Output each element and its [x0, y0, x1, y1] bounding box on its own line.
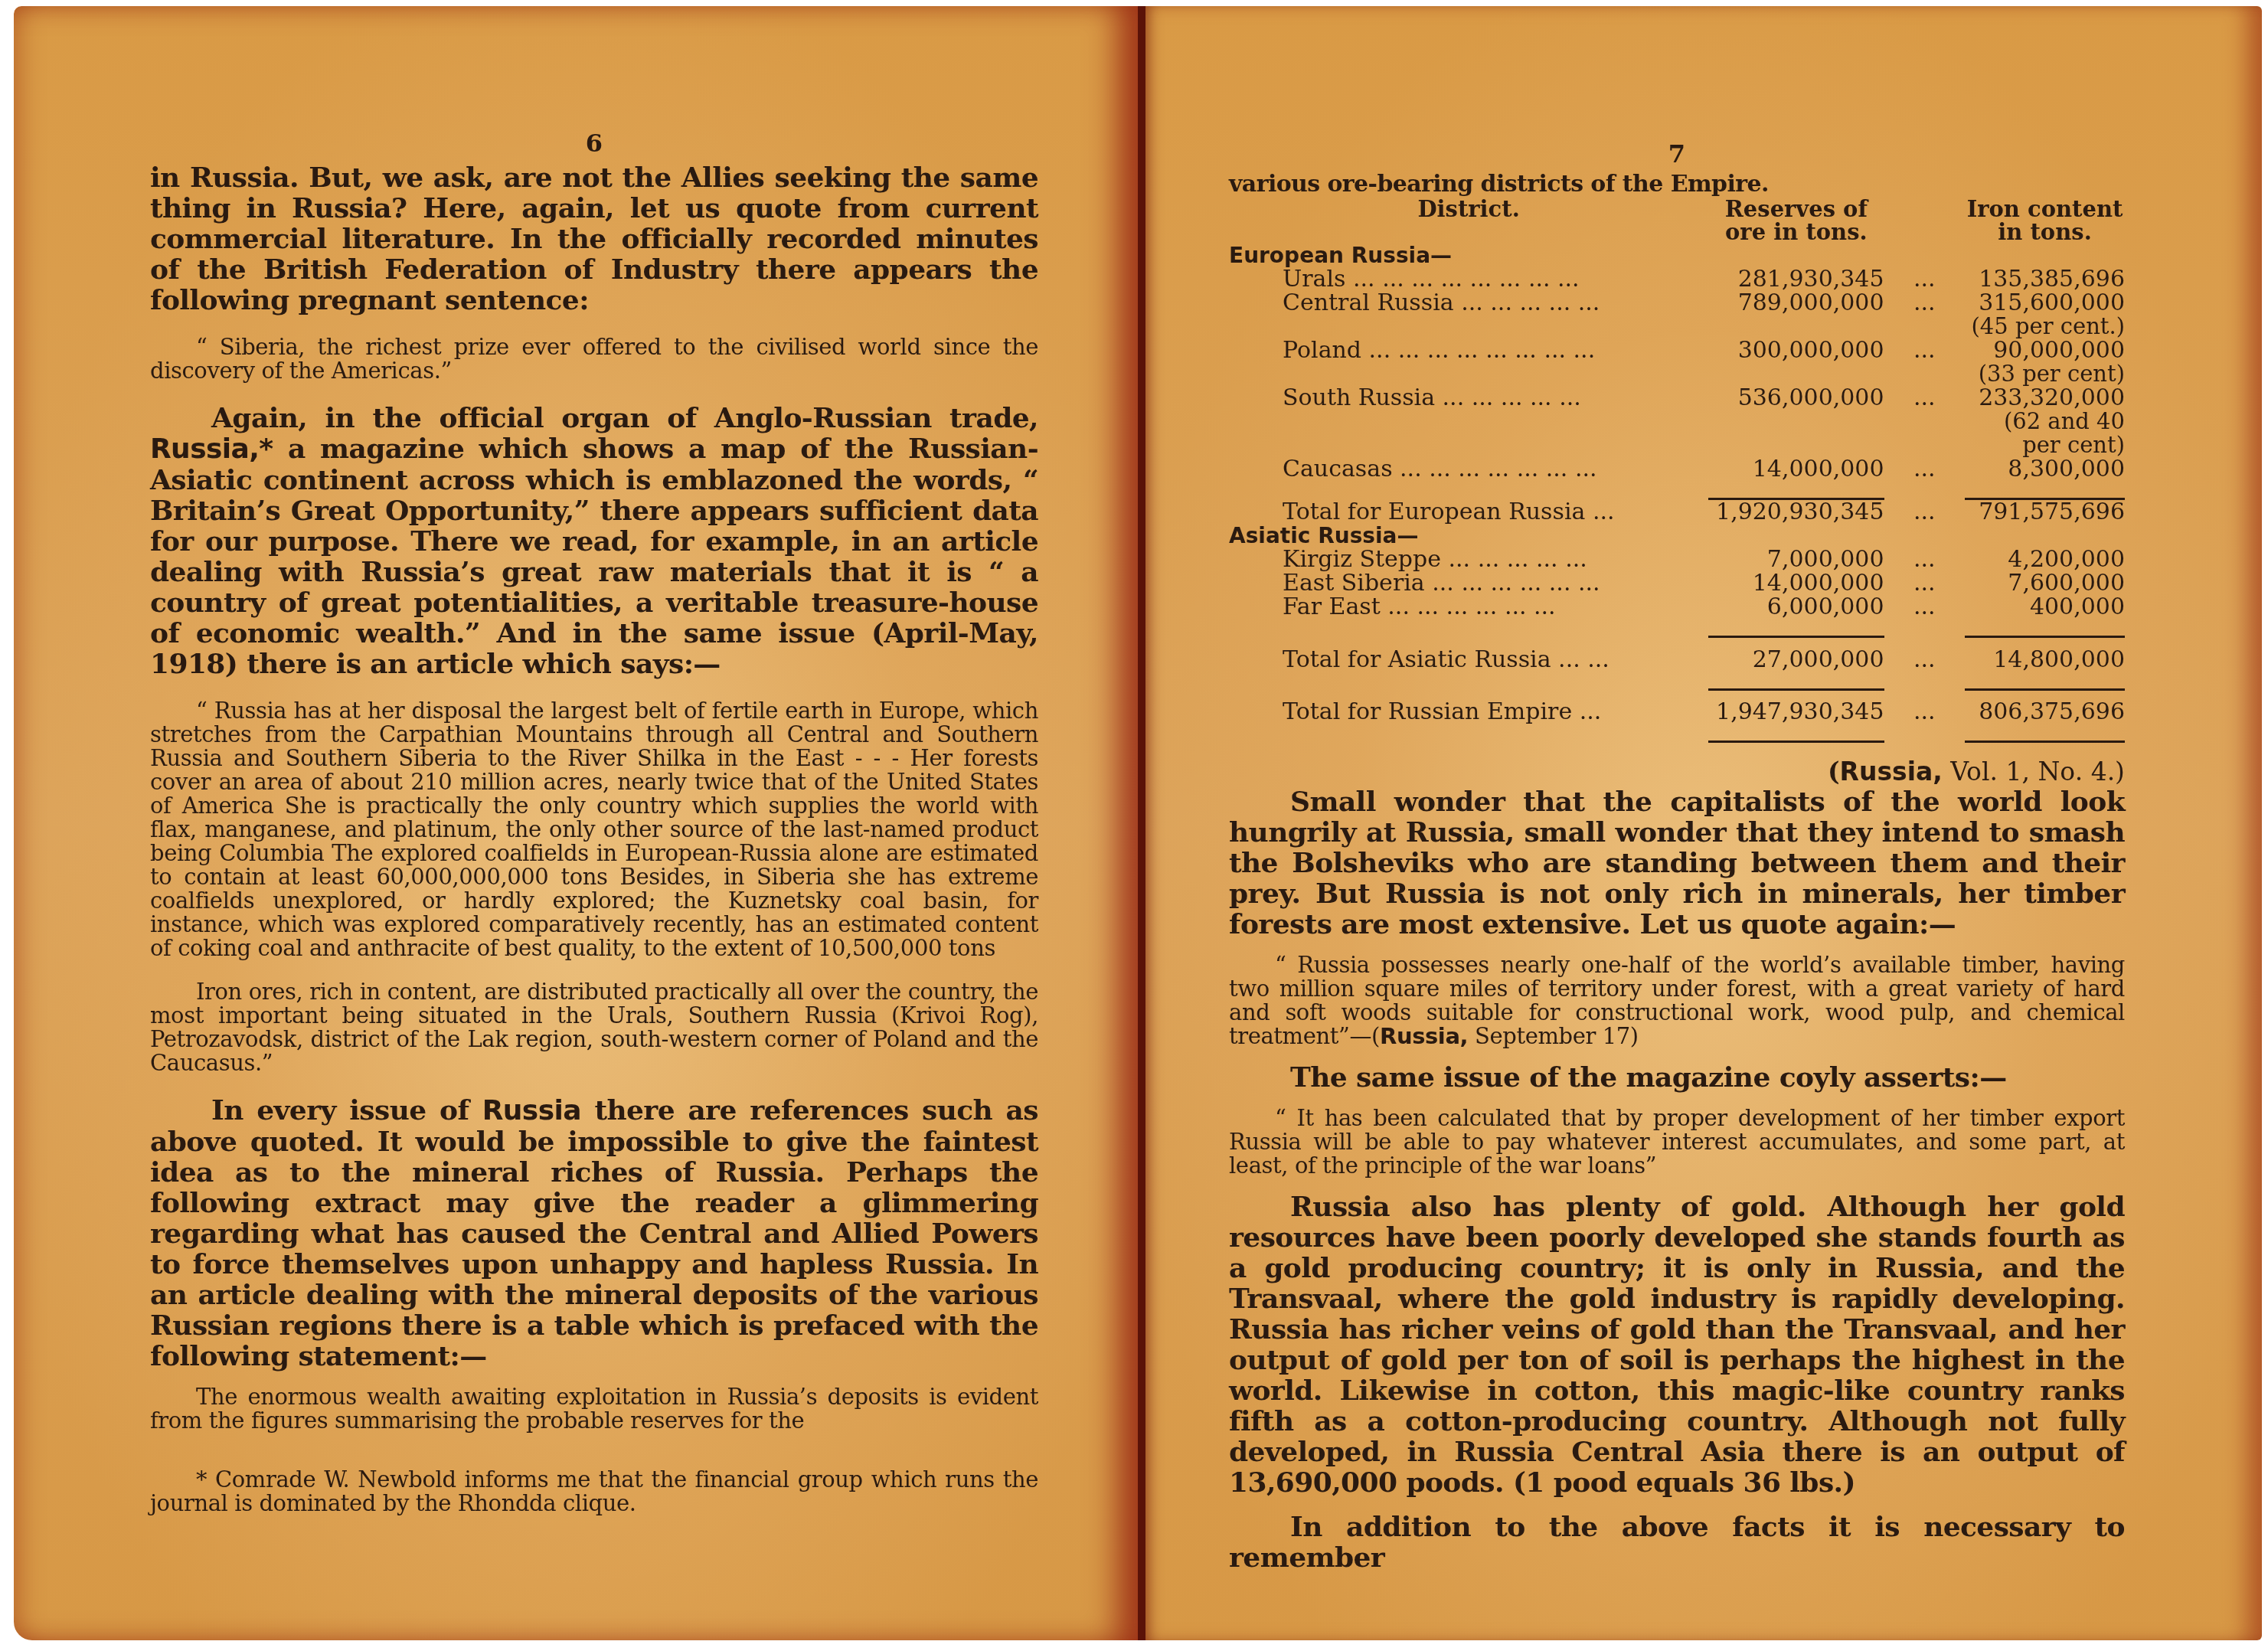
quote-war-loans: “ It has been calculated that by proper …: [1229, 1107, 2125, 1178]
table-rule: [1229, 619, 2125, 637]
table-row-note: (33 per cent): [1229, 362, 2125, 386]
quote-iron-ores: Iron ores, rich in content, are distribu…: [150, 980, 1038, 1075]
paragraph-small-wonder: Small wonder that the capitalists of the…: [1229, 786, 2125, 940]
table-total-row: Total for European Russia ... 1,920,930,…: [1229, 499, 2125, 525]
header-district: District.: [1229, 198, 1708, 244]
table-row-note: (45 per cent.): [1229, 315, 2125, 338]
quote-enormous-wealth: The enormous wealth awaiting exploitatio…: [150, 1385, 1038, 1433]
table-row: Kirgiz Steppe ... ... ... ... ... 7,000,…: [1229, 548, 2125, 571]
table-row-note: (62 and 40 per cent): [1229, 410, 2125, 457]
table-rule: [1229, 481, 2125, 499]
magazine-title: Russia,*: [150, 433, 273, 465]
table-row: Central Russia ... ... ... ... ... 789,0…: [1229, 291, 2125, 315]
table-grand-total-row: Total for Russian Empire ... 1,947,930,3…: [1229, 689, 2125, 724]
group-header-european: European Russia—: [1229, 244, 2125, 267]
page-number-right: 7: [1229, 139, 2125, 168]
paragraph-allies: in Russia. But, we ask, are not the Alli…: [150, 162, 1038, 315]
paragraph-every-issue: In every issue of Russia there are refer…: [150, 1095, 1038, 1371]
table-row: Caucasas ... ... ... ... ... ... ... 14,…: [1229, 457, 2125, 481]
quote-fertile-earth: “ Russia has at her disposal the largest…: [150, 699, 1038, 960]
quote-timber: “ Russia possesses nearly one-half of th…: [1229, 953, 2125, 1048]
table-rule: [1229, 672, 2125, 690]
book-spine: [1138, 6, 1145, 1640]
table-row: Urals ... ... ... ... ... ... ... ... 28…: [1229, 267, 2125, 291]
table-row: East Siberia ... ... ... ... ... ... 14,…: [1229, 571, 2125, 595]
table-header-row: District. Reserves of ore in tons. Iron …: [1229, 198, 2125, 244]
quote-siberia: “ Siberia, the richest prize ever offere…: [150, 335, 1038, 383]
footnote: * Comrade W. Newbold informs me that the…: [150, 1468, 1038, 1515]
table-total-row: Total for Asiatic Russia ... ... 27,000,…: [1229, 637, 2125, 672]
left-page-content: 6 in Russia. But, we ask, are not the Al…: [150, 129, 1038, 1515]
right-page-content: 7 various ore-bearing districts of the E…: [1229, 139, 2125, 1573]
paragraph-in-addition: In addition to the above facts it is nec…: [1229, 1512, 2125, 1573]
table-row: South Russia ... ... ... ... ... 536,000…: [1229, 386, 2125, 410]
header-reserves: Reserves of ore in tons.: [1708, 198, 1884, 244]
paragraph-gold-cotton: Russia also has plenty of gold. Although…: [1229, 1192, 2125, 1498]
table-source: (Russia, Vol. 1, No. 4.): [1229, 757, 2125, 786]
page-number-left: 6: [150, 129, 1038, 158]
paragraph-coyly-asserts: The same issue of the magazine coyly ass…: [1229, 1062, 2125, 1093]
table-row: Poland ... ... ... ... ... ... ... ... 3…: [1229, 338, 2125, 362]
header-iron: Iron content in tons.: [1965, 198, 2125, 244]
table-intro: various ore-bearing districts of the Emp…: [1229, 173, 2125, 196]
magazine-title: Russia: [482, 1095, 581, 1126]
paragraph-anglo-russian: Again, in the official organ of Anglo-Ru…: [150, 403, 1038, 679]
group-header-asiatic: Asiatic Russia—: [1229, 524, 2125, 548]
table-rule: [1229, 724, 2125, 742]
iron-ore-table: District. Reserves of ore in tons. Iron …: [1229, 198, 2125, 743]
table-row: Far East ... ... ... ... ... ... 6,000,0…: [1229, 595, 2125, 619]
